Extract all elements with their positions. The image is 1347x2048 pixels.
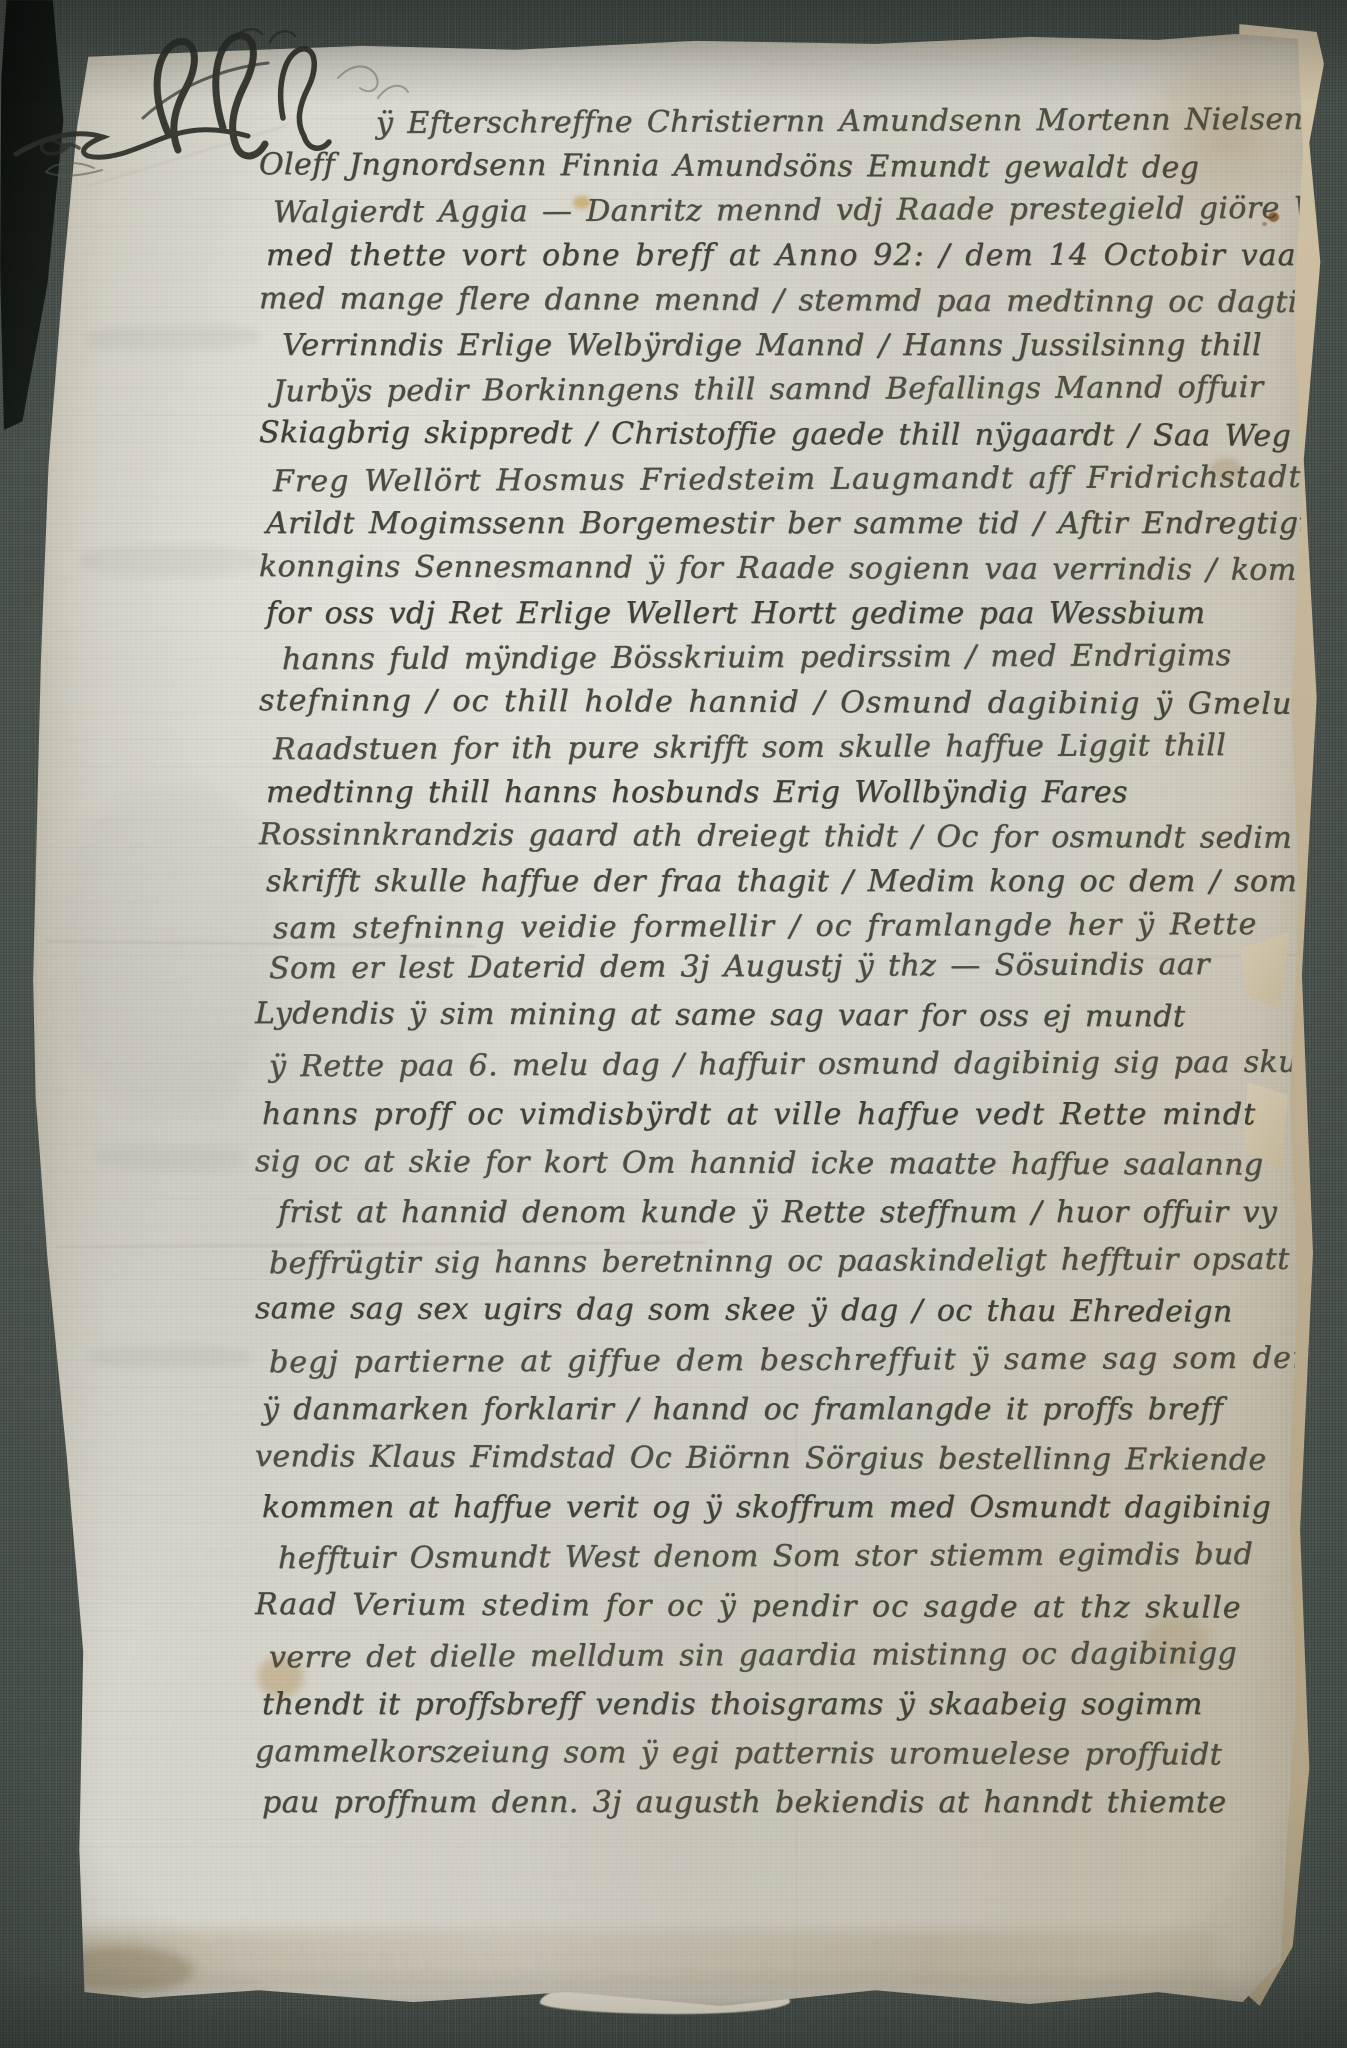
manuscript-line: frist at hannid denom kunde ÿ Rette stef… [278,1188,1302,1237]
manuscript-line: konngins Sennesmannd ÿ for Raade sogienn… [259,545,1306,593]
manuscript-line: Som er lest Daterid dem 3j Augustj ÿ thz… [269,940,1302,994]
manuscript-line: for oss vdj Ret Erlige Wellert Hortt ged… [266,592,1306,637]
manuscript-line: vendis Klaus Fimdstad Oc Biörnn Sörgius … [255,1432,1302,1485]
manuscript-line: Walgierdt Aggia — Danritz mennd vdj Raad… [273,187,1306,236]
manuscript-line: Verrinndis Erlige Welbÿrdige Mannd / Han… [282,324,1306,369]
ink-bleed-through [80,546,265,576]
manuscript-line: medtinng thill hanns hosbunds Erig Wollb… [266,771,1306,816]
manuscript-line: ÿ danmarken forklarir / hannd oc framlan… [262,1385,1302,1434]
manuscript-line: Raadstuen for ith pure skrifft som skull… [273,724,1306,773]
manuscript-line: sig oc at skie for kort Om hannid icke m… [255,1137,1302,1190]
manuscript-line: med mange flere danne mennd / stemmd paa… [259,277,1306,325]
manuscript-line: hanns proff oc vimdisbÿrdt at ville haff… [262,1090,1302,1139]
manuscript-line: ÿ Rette paa 6. melu dag / haffuir osmund… [269,1038,1302,1092]
manuscript-line: Arildt Mogimssenn Borgemestir ber samme … [266,502,1306,547]
calligraphic-flourish-icon [6,16,436,191]
manuscript-line: same sag sex ugirs dag som skee ÿ dag / … [255,1285,1302,1338]
manuscript-line: thendt it proffsbreff vendis thoisgrams … [262,1680,1302,1729]
manuscript-text-lower: Som er lest Daterid dem 3j Augustj ÿ thz… [262,942,1302,1828]
manuscript-line: Skiagbrig skippredt / Christoffie gaede … [259,411,1306,459]
ink-bleed-through [94,1145,244,1172]
manuscript-line: med thette vort obne breff at Anno 92: /… [266,234,1306,279]
ink-bleed-through [86,323,261,352]
manuscript-line: Lydendis ÿ sim mining at same sag vaar f… [255,989,1302,1042]
manuscript-line: hanns fuld mÿndige Bösskriuim pedirssim … [282,634,1306,683]
manuscript-line: begj partierne at giffue dem beschreffui… [269,1333,1302,1387]
manuscript-line: Rossinnkrandzis gaard ath dreiegt thidt … [259,813,1306,861]
manuscript-line: beffrügtir sig hanns beretninng oc paask… [269,1235,1302,1289]
manuscript-line: Jurbÿs pedir Borkinngens thill samnd Bef… [273,366,1306,415]
ink-bleed-through [88,1346,253,1368]
manuscript-line: Raad Verium stedim for oc ÿ pendir oc sa… [255,1580,1302,1633]
manuscript-line: verre det dielle melldum sin gaardia mis… [269,1629,1302,1683]
ink-bleed-through [64,790,274,1110]
manuscript-line: skrifft skulle haffue der fraa thagit / … [266,860,1306,905]
manuscript-page: ÿ Efterschreffne Christiernn Amundsenn M… [28,30,1312,2008]
archive-photo: ÿ Efterschreffne Christiernn Amundsenn M… [0,0,1347,2048]
stain-bottom-band [68,1930,1218,1988]
manuscript-line: ÿ Efterschreffne Christiernn Amundsenn M… [376,98,1306,147]
manuscript-line: kommen at haffue verit og ÿ skoffrum med… [262,1483,1302,1532]
manuscript-line: stefninng / oc thill holde hannid / Osmu… [259,679,1306,727]
manuscript-line: hefftuir Osmundt West denom Som stor sti… [278,1530,1302,1584]
manuscript-text-upper: ÿ Efterschreffne Christiernn Amundsenn M… [266,100,1306,949]
manuscript-line: Freg Wellört Hosmus Friedsteim Laugmandt… [273,455,1306,504]
manuscript-line: gammelkorszeiung som ÿ egi patternis uro… [255,1727,1302,1780]
manuscript-line: pau proffnum denn. 3j augusth bekiendis … [262,1778,1302,1827]
